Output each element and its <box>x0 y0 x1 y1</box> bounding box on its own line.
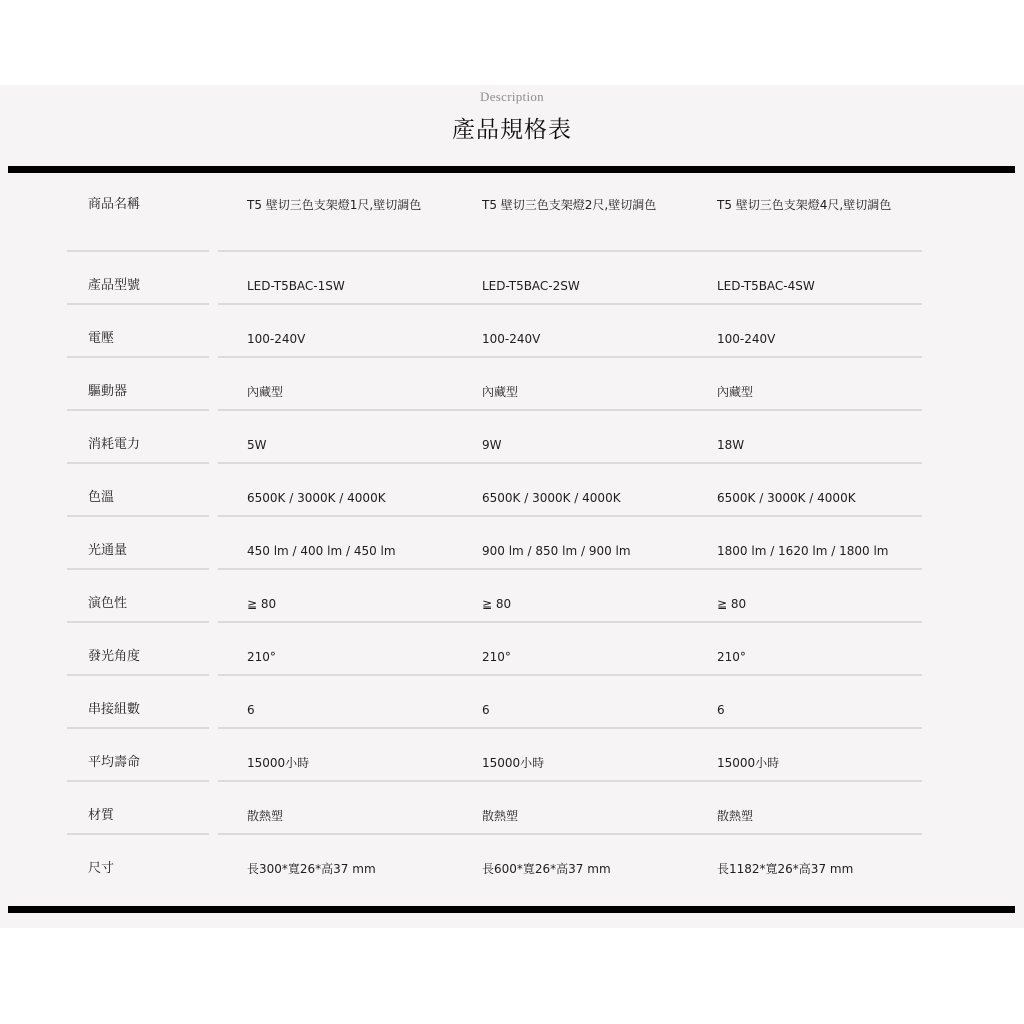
table-row-product-name: 商品名稱 T5 壁切三色支架燈1尺,壁切調色 T5 壁切三色支架燈2尺,壁切調色… <box>0 173 1024 252</box>
cell-value: ≧ 80 <box>717 595 897 613</box>
cell-value: 6 <box>717 701 897 719</box>
row-label: 色溫 <box>88 489 114 507</box>
row-label: 電壓 <box>88 330 114 348</box>
cell-value: 散熱塑 <box>717 807 897 825</box>
spec-panel: Description 產品規格表 商品名稱 T5 壁切三色支架燈1尺,壁切調色… <box>0 85 1024 928</box>
cell-value: LED-T5BAC-1SW <box>247 277 427 295</box>
row-label: 材質 <box>88 807 114 825</box>
cell-value: 內藏型 <box>717 383 897 401</box>
cell-value: 100-240V <box>482 330 662 348</box>
row-label: 平均壽命 <box>88 754 140 772</box>
cell-value: 6500K / 3000K / 4000K <box>482 489 662 507</box>
row-label: 驅動器 <box>88 383 127 401</box>
table-row-lifespan: 平均壽命 15000小時 15000小時 15000小時 <box>0 729 1024 782</box>
table-row-cri: 演色性 ≧ 80 ≧ 80 ≧ 80 <box>0 570 1024 623</box>
cell-value: 210° <box>717 648 897 666</box>
cell-value: 15000小時 <box>717 754 897 772</box>
cell-value: 6 <box>482 701 662 719</box>
cell-value: 長600*寬26*高37 mm <box>482 860 662 878</box>
table-row-material: 材質 散熱塑 散熱塑 散熱塑 <box>0 782 1024 835</box>
table-row-power: 消耗電力 5W 9W 18W <box>0 411 1024 464</box>
cell-value: 15000小時 <box>482 754 662 772</box>
cell-value: 5W <box>247 436 427 454</box>
cell-value: 9W <box>482 436 662 454</box>
table-row-beam-angle: 發光角度 210° 210° 210° <box>0 623 1024 676</box>
cell-value: 1800 lm / 1620 lm / 1800 lm <box>717 542 897 560</box>
cell-value: 內藏型 <box>247 383 427 401</box>
cell-value: ≧ 80 <box>247 595 427 613</box>
row-label: 商品名稱 <box>88 196 140 214</box>
row-label: 光通量 <box>88 542 127 560</box>
cell-value: 內藏型 <box>482 383 662 401</box>
row-label: 消耗電力 <box>88 436 140 454</box>
cell-value: LED-T5BAC-4SW <box>717 277 897 295</box>
cell-value: 長300*寬26*高37 mm <box>247 860 427 878</box>
cell-value: 100-240V <box>247 330 427 348</box>
row-label: 產品型號 <box>88 277 140 295</box>
cell-value: 長1182*寬26*高37 mm <box>717 860 897 878</box>
cell-value: 18W <box>717 436 897 454</box>
row-label: 演色性 <box>88 595 127 613</box>
cell-value: 100-240V <box>717 330 897 348</box>
row-label: 串接組數 <box>88 701 140 719</box>
cell-value: 900 lm / 850 lm / 900 lm <box>482 542 662 560</box>
section-subtitle: Description <box>0 89 1024 105</box>
table-row-voltage: 電壓 100-240V 100-240V 100-240V <box>0 305 1024 358</box>
table-row-model: 產品型號 LED-T5BAC-1SW LED-T5BAC-2SW LED-T5B… <box>0 252 1024 305</box>
table-row-driver: 驅動器 內藏型 內藏型 內藏型 <box>0 358 1024 411</box>
cell-value: 6500K / 3000K / 4000K <box>717 489 897 507</box>
row-label: 尺寸 <box>88 860 114 878</box>
row-label: 發光角度 <box>88 648 140 666</box>
bottom-divider-bar <box>8 906 1015 913</box>
table-row-luminous-flux: 光通量 450 lm / 400 lm / 450 lm 900 lm / 85… <box>0 517 1024 570</box>
table-row-chain-count: 串接組數 6 6 6 <box>0 676 1024 729</box>
cell-value: 散熱塑 <box>247 807 427 825</box>
cell-value: ≧ 80 <box>482 595 662 613</box>
cell-value: 散熱塑 <box>482 807 662 825</box>
table-row-color-temperature: 色溫 6500K / 3000K / 4000K 6500K / 3000K /… <box>0 464 1024 517</box>
cell-value: LED-T5BAC-2SW <box>482 277 662 295</box>
cell-value: T5 壁切三色支架燈4尺,壁切調色 <box>717 196 897 214</box>
table-row-dimensions: 尺寸 長300*寬26*高37 mm 長600*寬26*高37 mm 長1182… <box>0 835 1024 888</box>
spec-table: 商品名稱 T5 壁切三色支架燈1尺,壁切調色 T5 壁切三色支架燈2尺,壁切調色… <box>0 173 1024 888</box>
cell-value: 210° <box>247 648 427 666</box>
cell-value: 210° <box>482 648 662 666</box>
cell-value: 6500K / 3000K / 4000K <box>247 489 427 507</box>
cell-value: T5 壁切三色支架燈1尺,壁切調色 <box>247 196 427 214</box>
cell-value: 6 <box>247 701 427 719</box>
page-title: 產品規格表 <box>0 111 1024 144</box>
cell-value: T5 壁切三色支架燈2尺,壁切調色 <box>482 196 662 214</box>
cell-value: 450 lm / 400 lm / 450 lm <box>247 542 427 560</box>
cell-value: 15000小時 <box>247 754 427 772</box>
top-divider-bar <box>8 166 1015 173</box>
